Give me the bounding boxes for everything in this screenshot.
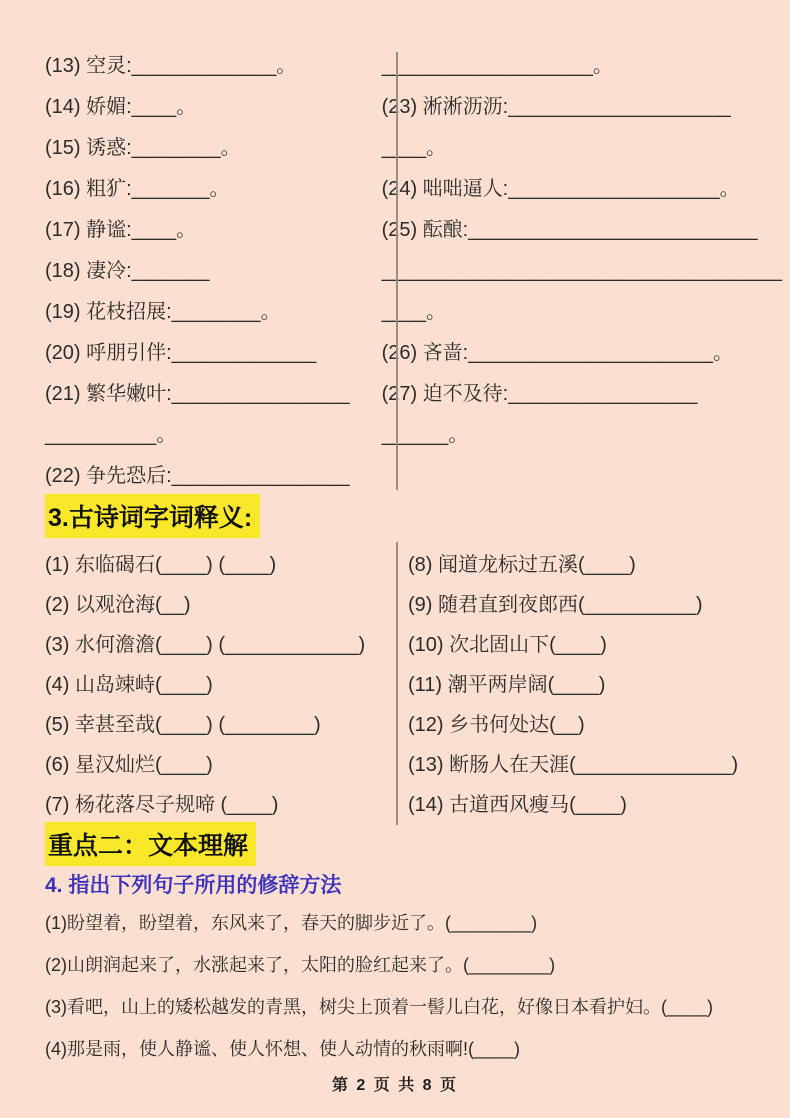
vocab-item: (26) 吝啬:______________________。 [382,333,782,374]
sentence-item: (3)看吧，山上的矮松越发的青黑，树尖上顶着一髻儿白花，好像日本看护妇。(___… [45,986,780,1028]
vocab-item: (15) 诱惑:________。 [45,128,370,169]
poem-item: (7) 杨花落尽子规啼 (____) [45,785,396,825]
vocab-item: (21) 繁华嫩叶:________________ [45,374,370,415]
poem-item: (6) 星汉灿烂(____) [45,745,396,785]
poem-item: (4) 山岛竦峙(____) [45,665,396,705]
vocab-item: (27) 迫不及待:_________________ [382,374,782,415]
vocab-item: (13) 空灵:_____________。 [45,46,370,87]
rhetoric-sentences: (1)盼望着，盼望着，东风来了，春天的脚步近了。(________)(2)山朗润… [45,902,780,1070]
poem-item: (3) 水何澹澹(____) (____________) [45,625,396,665]
poem-left-column: (1) 东临碣石(____) (____)(2) 以观沧海(__)(3) 水何澹… [0,545,396,825]
vocab-item: (19) 花枝招展:________。 [45,292,370,333]
vocab-item: __________。 [45,415,370,456]
poem-item: (10) 次北固山下(____) [408,625,782,665]
section4-heading: 重点二：文本理解 [45,822,256,866]
poem-item: (1) 东临碣石(____) (____) [45,545,396,585]
vocab-item: ____________________________________ [382,251,782,292]
vocab-item: (22) 争先恐后:________________ [45,456,370,497]
vocab-item: (20) 呼朋引伴:_____________ [45,333,370,374]
vocab-item: (14) 娇媚:____。 [45,87,370,128]
poem-item: (12) 乡书何处达(__) [408,705,782,745]
section4-heading-text: 重点二：文本理解 [45,822,256,866]
sentence-item: (1)盼望着，盼望着，东风来了，春天的脚步近了。(________) [45,902,780,944]
vocab-item: ___________________。 [382,46,782,87]
section3-heading-text: 3.古诗词字词释义: [45,494,260,538]
sentence-item: (4)那是雨，使人静谧、使人怀想、使人动情的秋雨啊!(____) [45,1028,780,1070]
poem-item: (13) 断肠人在天涯(______________) [408,745,782,785]
sentence-item: (2)山朗润起来了，水涨起来了，太阳的脸红起来了。(________) [45,944,780,986]
vocab-item: (25) 酝酿:__________________________ [382,210,782,251]
poem-section: (1) 东临碣石(____) (____)(2) 以观沧海(__)(3) 水何澹… [0,545,790,825]
column-divider-top [396,52,398,490]
vocab-section: (13) 空灵:_____________。(14) 娇媚:____。(15) … [0,46,790,497]
worksheet-page: (13) 空灵:_____________。(14) 娇媚:____。(15) … [0,0,790,1118]
poem-right-column: (8) 闻道龙标过五溪(____)(9) 随君直到夜郎西(__________)… [396,545,790,825]
page-number-footer: 第 2 页 共 8 页 [0,1072,790,1095]
vocab-item: (23) 淅淅沥沥:____________________ [382,87,782,128]
poem-item: (14) 古道西风瘦马(____) [408,785,782,825]
vocab-left-column: (13) 空灵:_____________。(14) 娇媚:____。(15) … [0,46,370,497]
vocab-item: (24) 咄咄逼人:___________________。 [382,169,782,210]
poem-item: (8) 闻道龙标过五溪(____) [408,545,782,585]
column-divider-bottom [396,542,398,825]
question4-subtitle: 4. 指出下列句子所用的修辞方法 [45,869,341,899]
vocab-item: ____。 [382,128,782,169]
section3-heading: 3.古诗词字词释义: [45,494,260,538]
vocab-item: (16) 粗犷:_______。 [45,169,370,210]
vocab-item: ____。 [382,292,782,333]
vocab-right-column: ___________________。(23) 淅淅沥沥:__________… [370,46,790,497]
vocab-item: (18) 凄冷:_______ [45,251,370,292]
poem-item: (11) 潮平两岸阔(____) [408,665,782,705]
vocab-item: ______。 [382,415,782,456]
vocab-item: (17) 静谧:____。 [45,210,370,251]
poem-item: (2) 以观沧海(__) [45,585,396,625]
poem-item: (9) 随君直到夜郎西(__________) [408,585,782,625]
poem-item: (5) 幸甚至哉(____) (________) [45,705,396,745]
